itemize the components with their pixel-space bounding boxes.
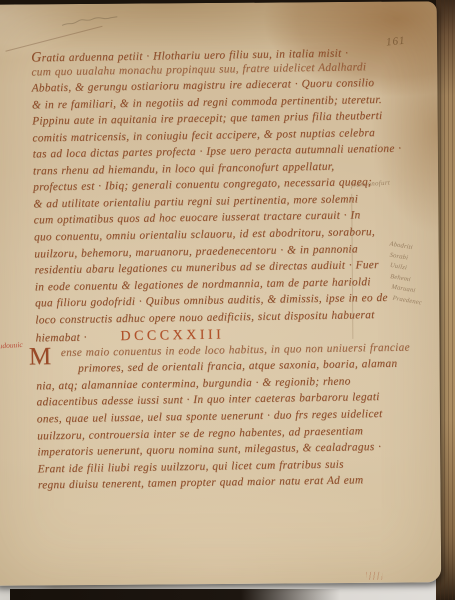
annal-entry-823: M ense maio conuentus in eode loco habit… (36, 341, 436, 496)
frame-bottom-shadow (10, 589, 340, 600)
faint-mark (366, 572, 382, 580)
margin-note-red: Ludouuic (0, 340, 29, 351)
photo-frame: 161 franconofurt Abodriti Sorabi Uuilzi … (0, 0, 455, 600)
manuscript-page: 161 franconofurt Abodriti Sorabi Uuilzi … (0, 1, 441, 585)
corner-scribble-mark (59, 1, 135, 50)
text-block: Gratia arduenna petiit · Hlothariu uero … (31, 43, 436, 496)
year-numeral: DCCCXXIII (120, 328, 224, 345)
